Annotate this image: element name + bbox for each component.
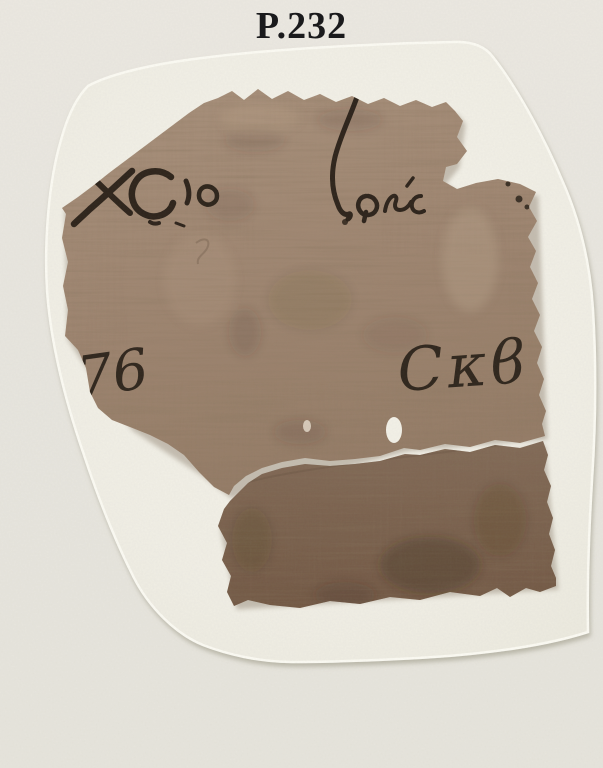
photo-of-mounted-papyrus: P.232	[0, 0, 603, 768]
inventory-label: P.232	[0, 4, 603, 48]
photo-grain-overlay	[0, 0, 603, 768]
papyrus-photograph: 76 Ϲκϐ	[0, 0, 603, 768]
